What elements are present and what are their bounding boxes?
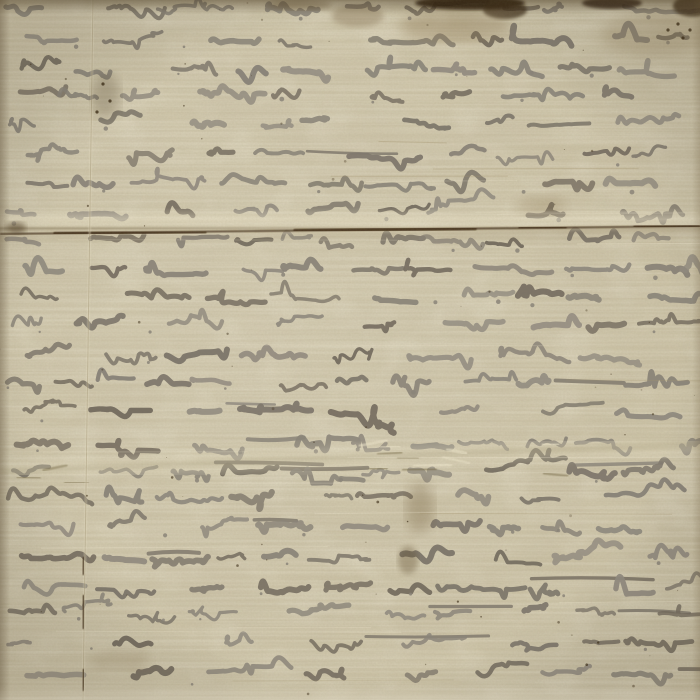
vignette [0,0,700,700]
grain-and-edge-layer [0,0,700,700]
manuscript-canvas [0,0,700,700]
aged-manuscript-photo [0,0,700,700]
